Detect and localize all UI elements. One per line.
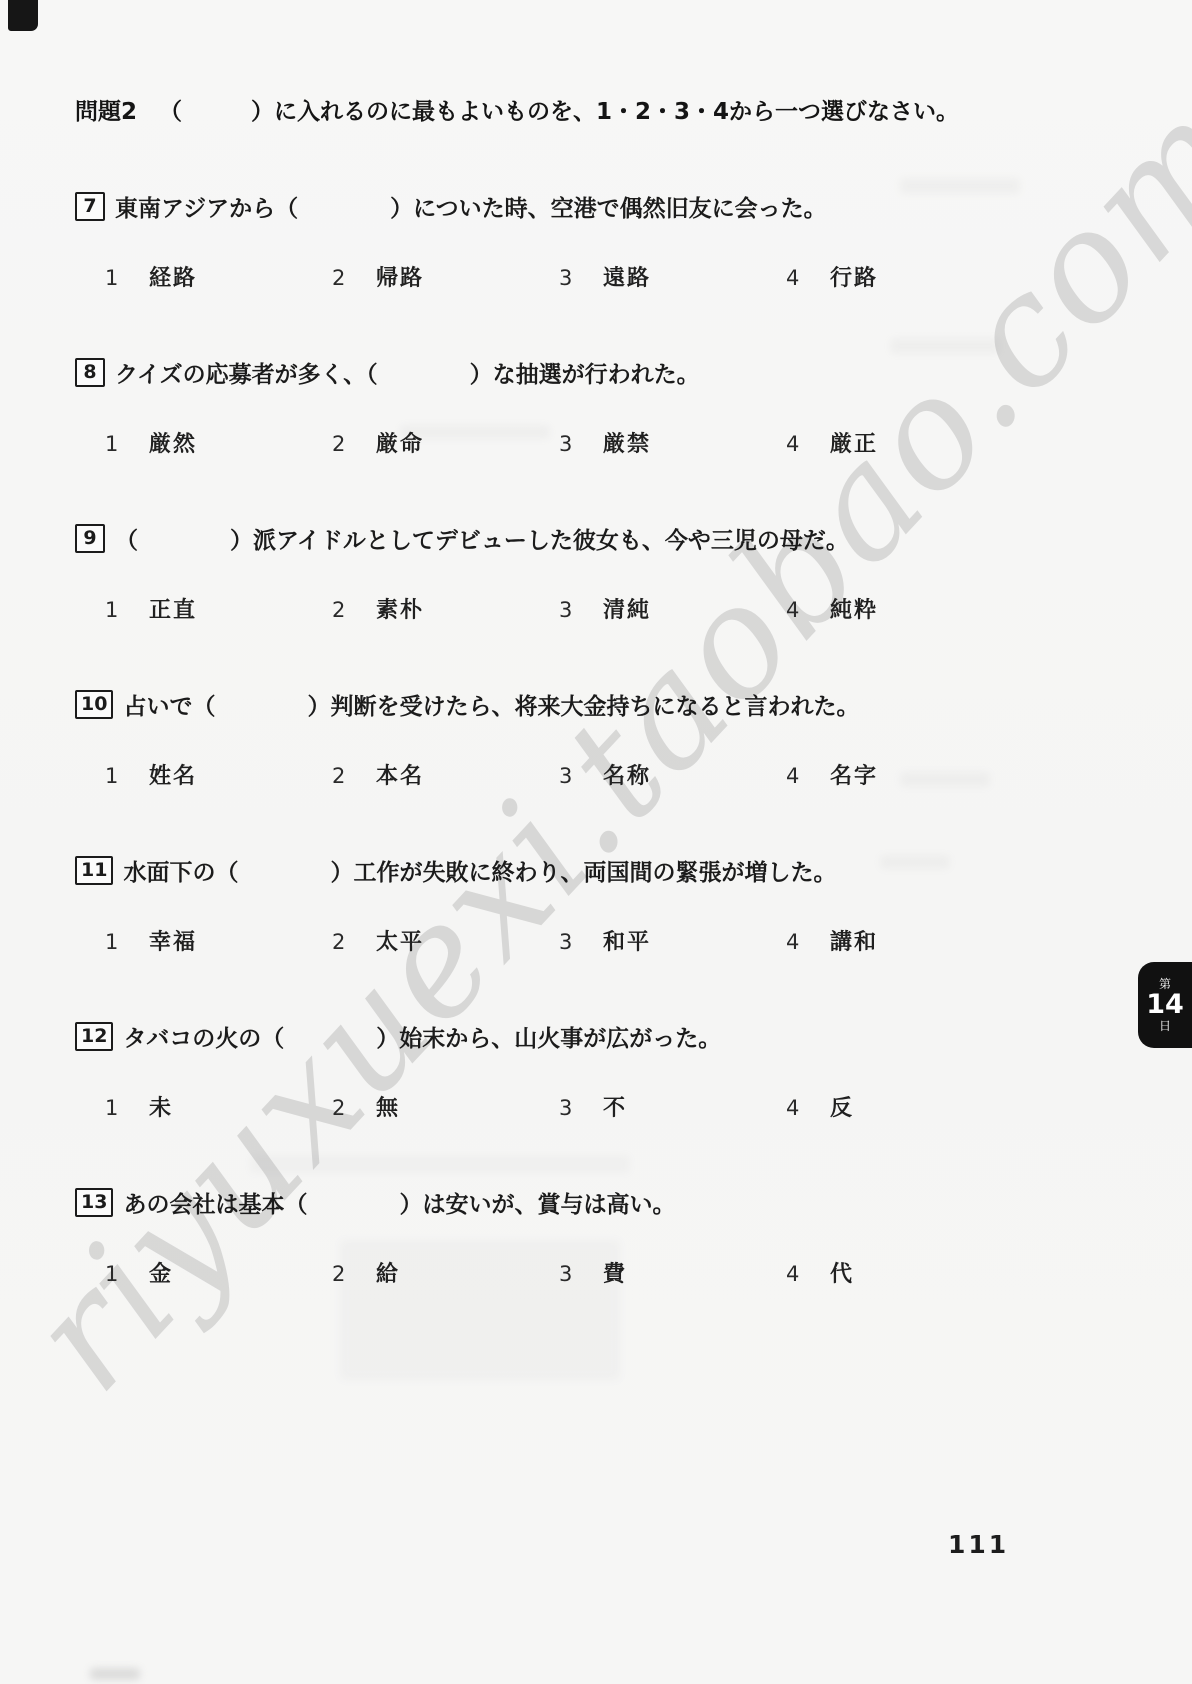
option-text: 厳然	[149, 427, 197, 458]
option-number: 1	[105, 764, 121, 788]
option-text: 清純	[603, 593, 651, 624]
question-block: 7 東南アジアから（ ）についた時、空港で偶然旧友に会った。 1 経路 2 帰路…	[75, 190, 1040, 292]
answer-option: 4 厳正	[786, 427, 878, 458]
question-stem: 水面下の（ ）工作が失敗に終わり、両国間の緊張が増した。	[123, 854, 836, 887]
answer-option: 4 純粋	[786, 593, 878, 624]
answer-option: 3 不	[559, 1091, 786, 1122]
option-number: 4	[786, 764, 802, 788]
scan-noise	[90, 1668, 140, 1680]
option-text: 講和	[830, 925, 878, 956]
scan-corner-mark	[8, 0, 38, 31]
option-text: 費	[603, 1257, 627, 1288]
answer-option: 1 厳然	[105, 427, 332, 458]
question-number-box: 11	[75, 856, 113, 885]
question-stem: クイズの応募者が多く、（ ）な抽選が行われた。	[115, 356, 700, 389]
option-number: 4	[786, 1096, 802, 1120]
option-number: 1	[105, 930, 121, 954]
options-row: 1 正直 2 素朴 3 清純 4 純粋	[75, 593, 1040, 624]
question-block: 10 占いで（ ）判断を受けたら、将来大金持ちになると言われた。 1 姓名 2 …	[75, 688, 1040, 790]
option-number: 1	[105, 1096, 121, 1120]
answer-option: 3 和平	[559, 925, 786, 956]
question-stem: タバコの火の（ ）始末から、山火事が広がった。	[123, 1020, 721, 1053]
question-stem: （ ）派アイドルとしてデビューした彼女も、今や三児の母だ。	[115, 522, 849, 555]
option-number: 2	[332, 1262, 348, 1286]
problem-label: 問題2	[75, 93, 137, 126]
answer-option: 2 素朴	[332, 593, 559, 624]
answer-option: 1 未	[105, 1091, 332, 1122]
page-number: 111	[948, 1530, 1009, 1559]
question-block: 9 （ ）派アイドルとしてデビューした彼女も、今や三児の母だ。 1 正直 2 素…	[75, 522, 1040, 624]
answer-option: 2 無	[332, 1091, 559, 1122]
content-column: 問題2 （ ）に入れるのに最もよいものを、1・2・3・4から一つ選びなさい。 7…	[75, 93, 1040, 1352]
answer-option: 3 名称	[559, 759, 786, 790]
option-number: 3	[559, 1262, 575, 1286]
option-text: 正直	[149, 593, 197, 624]
answer-option: 3 厳禁	[559, 427, 786, 458]
question-stem: 東南アジアから（ ）についた時、空港で偶然旧友に会った。	[115, 190, 827, 223]
option-number: 3	[559, 1096, 575, 1120]
options-row: 1 未 2 無 3 不 4 反	[75, 1091, 1040, 1122]
question-block: 11 水面下の（ ）工作が失敗に終わり、両国間の緊張が増した。 1 幸福 2 太…	[75, 854, 1040, 956]
answer-option: 3 遠路	[559, 261, 786, 292]
option-text: 不	[603, 1091, 627, 1122]
option-text: 名称	[603, 759, 651, 790]
options-row: 1 姓名 2 本名 3 名称 4 名字	[75, 759, 1040, 790]
option-text: 反	[830, 1091, 854, 1122]
answer-option: 4 代	[786, 1257, 854, 1288]
option-text: 太平	[376, 925, 424, 956]
question-block: 8 クイズの応募者が多く、（ ）な抽選が行われた。 1 厳然 2 厳命 3 厳禁…	[75, 356, 1040, 458]
option-text: 金	[149, 1257, 173, 1288]
worksheet-page: riyuxuexi.taobao.com 問題2 （ ）に入れるのに最もよいもの…	[0, 0, 1192, 1684]
option-number: 2	[332, 930, 348, 954]
problem-instruction: （ ）に入れるのに最もよいものを、1・2・3・4から一つ選びなさい。	[159, 93, 959, 126]
option-text: 素朴	[376, 593, 424, 624]
option-text: 和平	[603, 925, 651, 956]
option-text: 未	[149, 1091, 173, 1122]
question-number-box: 8	[75, 358, 105, 387]
answer-option: 2 本名	[332, 759, 559, 790]
question-stem-row: 12 タバコの火の（ ）始末から、山火事が広がった。	[75, 1020, 1040, 1053]
question-block: 13 あの会社は基本（ ）は安いが、賞与は高い。 1 金 2 給 3 費 4 代	[75, 1186, 1040, 1288]
option-text: 代	[830, 1257, 854, 1288]
day-badge-number: 14	[1146, 991, 1184, 1019]
option-number: 3	[559, 764, 575, 788]
option-text: 厳正	[830, 427, 878, 458]
option-text: 純粋	[830, 593, 878, 624]
answer-option: 1 幸福	[105, 925, 332, 956]
option-text: 帰路	[376, 261, 424, 292]
option-text: 経路	[149, 261, 197, 292]
question-number-box: 12	[75, 1022, 113, 1051]
day-badge-suffix: 日	[1159, 1020, 1171, 1032]
option-number: 4	[786, 432, 802, 456]
options-row: 1 経路 2 帰路 3 遠路 4 行路	[75, 261, 1040, 292]
option-text: 幸福	[149, 925, 197, 956]
answer-option: 4 行路	[786, 261, 878, 292]
options-row: 1 厳然 2 厳命 3 厳禁 4 厳正	[75, 427, 1040, 458]
question-stem-row: 8 クイズの応募者が多く、（ ）な抽選が行われた。	[75, 356, 1040, 389]
option-text: 名字	[830, 759, 878, 790]
option-text: 遠路	[603, 261, 651, 292]
question-stem-row: 7 東南アジアから（ ）についた時、空港で偶然旧友に会った。	[75, 190, 1040, 223]
answer-option: 1 姓名	[105, 759, 332, 790]
option-number: 4	[786, 266, 802, 290]
question-stem-row: 10 占いで（ ）判断を受けたら、将来大金持ちになると言われた。	[75, 688, 1040, 721]
answer-option: 1 経路	[105, 261, 332, 292]
day-badge: 第 14 日	[1138, 962, 1192, 1048]
option-number: 1	[105, 266, 121, 290]
question-stem-row: 9 （ ）派アイドルとしてデビューした彼女も、今や三児の母だ。	[75, 522, 1040, 555]
question-stem-row: 11 水面下の（ ）工作が失敗に終わり、両国間の緊張が増した。	[75, 854, 1040, 887]
option-number: 2	[332, 764, 348, 788]
answer-option: 2 太平	[332, 925, 559, 956]
answer-option: 3 清純	[559, 593, 786, 624]
question-number-box: 13	[75, 1188, 113, 1217]
option-text: 姓名	[149, 759, 197, 790]
question-stem: あの会社は基本（ ）は安いが、賞与は高い。	[123, 1186, 675, 1219]
option-number: 4	[786, 930, 802, 954]
option-number: 3	[559, 930, 575, 954]
answer-option: 4 名字	[786, 759, 878, 790]
answer-option: 1 正直	[105, 593, 332, 624]
question-stem: 占いで（ ）判断を受けたら、将来大金持ちになると言われた。	[123, 688, 859, 721]
answer-option: 1 金	[105, 1257, 332, 1288]
option-number: 3	[559, 432, 575, 456]
option-number: 3	[559, 598, 575, 622]
question-list: 7 東南アジアから（ ）についた時、空港で偶然旧友に会った。 1 経路 2 帰路…	[75, 190, 1040, 1288]
answer-option: 2 帰路	[332, 261, 559, 292]
option-number: 2	[332, 266, 348, 290]
question-number-box: 7	[75, 192, 105, 221]
answer-option: 3 費	[559, 1257, 786, 1288]
option-number: 1	[105, 432, 121, 456]
option-text: 行路	[830, 261, 878, 292]
option-text: 本名	[376, 759, 424, 790]
answer-option: 4 講和	[786, 925, 878, 956]
option-text: 厳禁	[603, 427, 651, 458]
section-header: 問題2 （ ）に入れるのに最もよいものを、1・2・3・4から一つ選びなさい。	[75, 93, 1040, 126]
answer-option: 2 厳命	[332, 427, 559, 458]
question-number-box: 10	[75, 690, 113, 719]
option-text: 給	[376, 1257, 400, 1288]
option-text: 厳命	[376, 427, 424, 458]
option-text: 無	[376, 1091, 400, 1122]
option-number: 1	[105, 598, 121, 622]
answer-option: 4 反	[786, 1091, 854, 1122]
option-number: 3	[559, 266, 575, 290]
option-number: 1	[105, 1262, 121, 1286]
options-row: 1 金 2 給 3 費 4 代	[75, 1257, 1040, 1288]
question-number-box: 9	[75, 524, 105, 553]
question-block: 12 タバコの火の（ ）始末から、山火事が広がった。 1 未 2 無 3 不 4…	[75, 1020, 1040, 1122]
answer-option: 2 給	[332, 1257, 559, 1288]
option-number: 4	[786, 598, 802, 622]
option-number: 2	[332, 1096, 348, 1120]
options-row: 1 幸福 2 太平 3 和平 4 講和	[75, 925, 1040, 956]
option-number: 2	[332, 598, 348, 622]
question-stem-row: 13 あの会社は基本（ ）は安いが、賞与は高い。	[75, 1186, 1040, 1219]
option-number: 2	[332, 432, 348, 456]
option-number: 4	[786, 1262, 802, 1286]
